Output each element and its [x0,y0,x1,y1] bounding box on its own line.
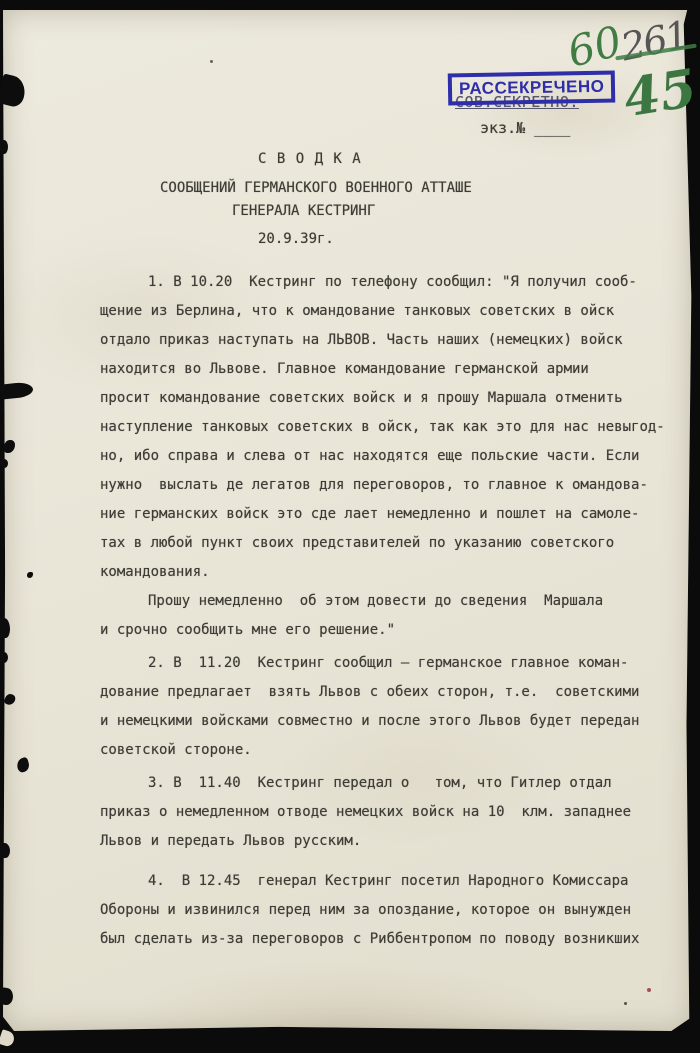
body-line: щение из Берлина, что к омандование танк… [100,297,680,326]
body-line: Обороны и извинился перед ним за опоздан… [100,896,680,925]
body-line: просит командование советских войск и я … [100,384,680,413]
body-line: Львов и передать Львов русским. [100,827,680,856]
body-line: 3. В 11.40 Кестринг передал о том, что Г… [100,769,680,798]
doc-title: С В О Д К А [258,151,362,167]
doc-subtitle: СООБЩЕНИЙ ГЕРМАНСКОГО ВОЕННОГО АТТАШЕ [160,180,472,196]
red-speck [647,988,651,992]
torn-spot [0,140,8,154]
torn-spot [0,652,8,663]
declassified-stamp: РАССЕКРЕЧЕНО [448,71,616,106]
torn-paper-fragment [0,1029,16,1048]
declassified-stamp-label: РАССЕКРЕЧЕНО [459,77,605,99]
torn-spot [0,843,10,858]
body-line: находится во Львове. Главное командовани… [100,355,680,384]
doc-author-line: ГЕНЕРАЛА КЕСТРИНГ [232,203,375,219]
body-line: командования. [100,558,680,587]
body-line: советской стороне. [100,736,680,765]
body-line: и немецкими войсками совместно и после э… [100,707,680,736]
dust-speck [624,1002,627,1005]
dust-speck [210,60,213,63]
handwritten-number-green-large: 45 [620,63,700,126]
body-line: тах в любой пункт своих представителей п… [100,529,680,558]
torn-spot [1,459,8,468]
body-line: и срочно сообщить мне его решение." [100,616,680,645]
body-line: приказ о немедленном отводе немецких вой… [100,798,680,827]
torn-spot [0,618,10,638]
body-line: отдало приказ наступать на ЛЬВОВ. Часть … [100,326,680,355]
scanned-document: РАССЕКРЕЧЕНО СОВ.СЕКРЕТНО. экз.№ ____ 60… [0,0,700,1053]
copy-number-line: экз.№ ____ [480,119,570,137]
handwritten-number-green: 60 [564,20,626,74]
body-line: Прошу немедленно об этом довести до свед… [100,587,680,616]
body-line: но, ибо справа и слева от нас находятся … [100,442,680,471]
body-line: нужно выслать де легатов для переговоров… [100,471,680,500]
body-line: 1. В 10.20 Кестринг по телефону сообщил:… [100,268,680,297]
body-line: был сделать из-за переговоров с Риббентр… [100,925,680,954]
doc-date: 20.9.39г. [258,231,334,247]
body-line: дование предлагает взять Львов с обеих с… [100,678,680,707]
body-line: наступление танковых советских в ойск, т… [100,413,680,442]
doc-body: 1. В 10.20 Кестринг по телефону сообщил:… [100,268,680,954]
body-line: ние германских войск это сде лает немедл… [100,500,680,529]
body-line: 4. В 12.45 генерал Кестринг посетил Наро… [100,867,680,896]
body-line: 2. В 11.20 Кестринг сообщил – германское… [100,649,680,678]
